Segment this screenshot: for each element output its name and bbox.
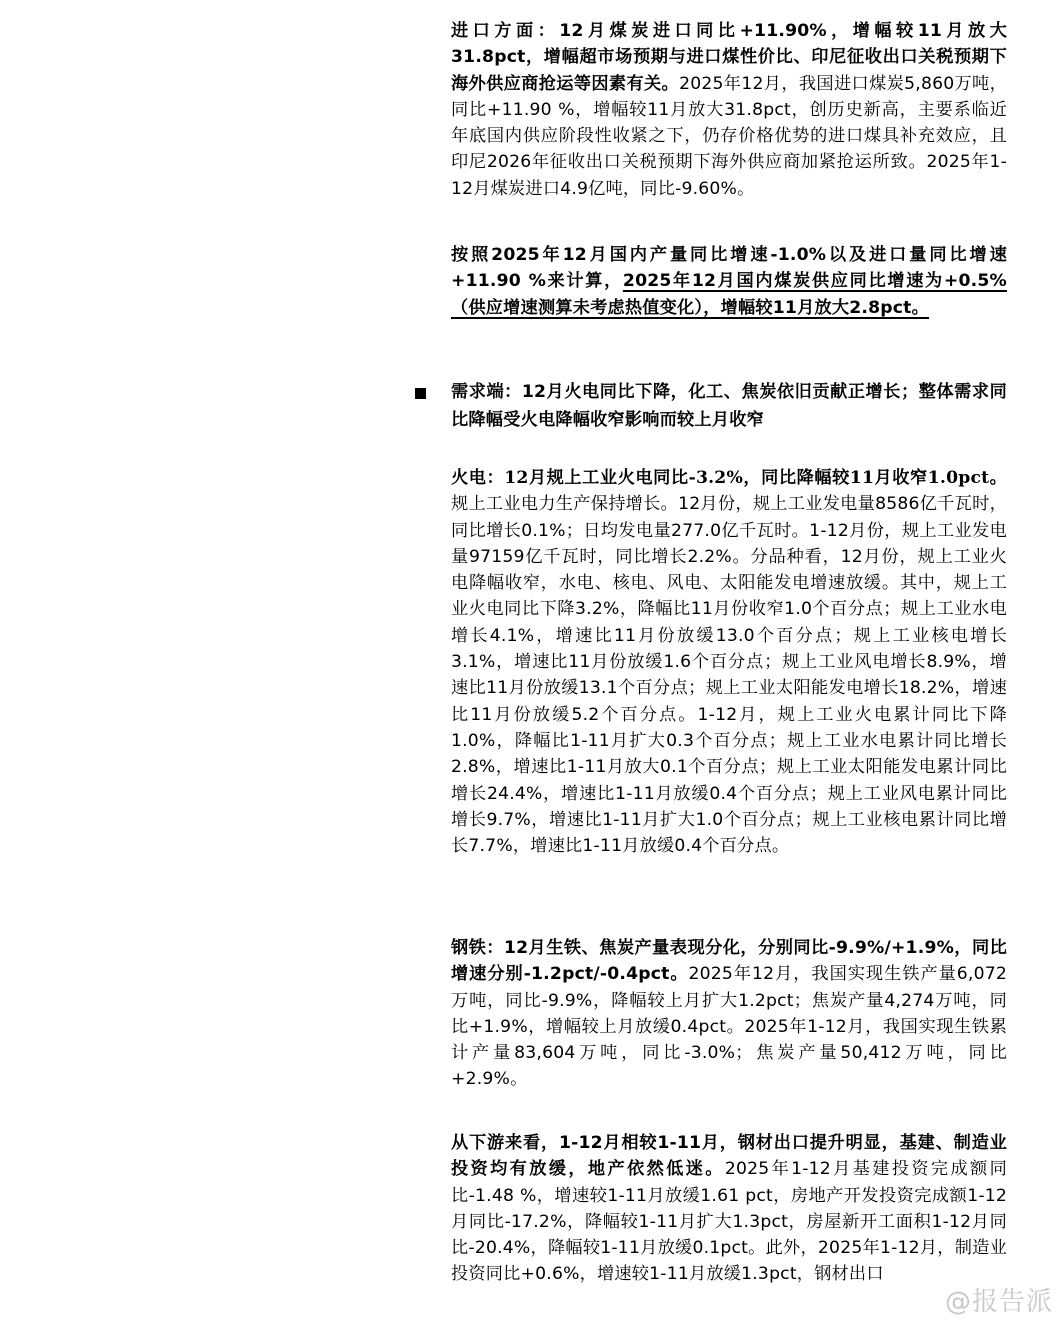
- square-bullet-icon: [415, 388, 426, 399]
- steel-paragraph: 钢铁：12月生铁、焦炭产量表现分化，分别同比-9.9%/+1.9%，同比增速分别…: [451, 935, 1007, 1093]
- thermal-power-lead: 火电：12月规上工业火电同比-3.2%，同比降幅较11月收窄1.0pct。: [451, 468, 1007, 488]
- thermal-power-body: 规上工业电力生产保持增长。12月份，规上工业发电量8586亿千瓦时，同比增长0.…: [451, 494, 1007, 856]
- import-paragraph: 进口方面：12月煤炭进口同比+11.90%，增幅较11月放大31.8pct，增幅…: [451, 18, 1007, 202]
- thermal-power-paragraph: 火电：12月规上工业火电同比-3.2%，同比降幅较11月收窄1.0pct。规上工…: [451, 465, 1007, 859]
- supply-calc-paragraph: 按照2025年12月国内产量同比增速-1.0%以及进口量同比增速+11.90 %…: [451, 242, 1007, 321]
- downstream-paragraph: 从下游来看，1-12月相较1-11月，钢材出口提升明显，基建、制造业投资均有放缓…: [451, 1130, 1007, 1288]
- watermark: @报告派: [945, 1281, 1053, 1318]
- demand-heading-text: 需求端：12月火电同比下降，化工、焦炭依旧贡献正增长；整体需求同比降幅受火电降幅…: [451, 378, 1007, 434]
